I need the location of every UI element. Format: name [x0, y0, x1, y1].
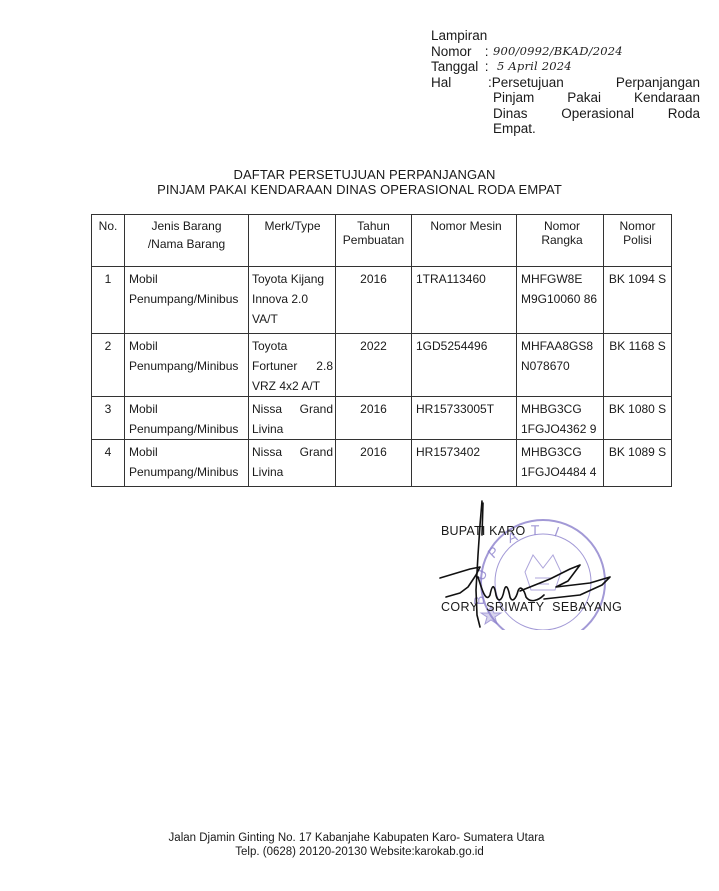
table-row: 4 MobilPenumpang/Minibus Nissa GrandLivi… [92, 440, 672, 487]
nomor-value: 900/0992/BKAD/2024 [493, 44, 623, 60]
title-line-2: PINJAM PAKAI KENDARAAN DINAS OPERASIONAL… [0, 183, 719, 198]
header-tahun-pembuatan: Tahun Pembuatan [336, 215, 412, 267]
header-jenis-barang: Jenis Barang /Nama Barang [125, 215, 249, 267]
table-row: 1 MobilPenumpang/Minibus Toyota KijangIn… [92, 267, 672, 334]
letter-header: Lampiran Nomor : 900/0992/BKAD/2024 Tang… [431, 28, 700, 137]
hal-text: :Persetujuan Perpanjangan Pinjam Pakai K… [488, 75, 700, 137]
letter-footer: Jalan Djamin Ginting No. 17 Kabanjahe Ka… [0, 832, 719, 859]
header-nomor-mesin: Nomor Mesin [412, 215, 517, 267]
table-row: 3 MobilPenumpang/Minibus Nissa GrandLivi… [92, 397, 672, 440]
header-nomor-polisi: Nomor Polisi [604, 215, 672, 267]
header-merk-type: Merk/Type [249, 215, 336, 267]
signatory-name: CORY SRIWATY SEBAYANG [441, 600, 622, 614]
document-title: DAFTAR PERSETUJUAN PERPANJANGAN PINJAM P… [0, 168, 719, 197]
lampiran-label: Lampiran [431, 28, 481, 44]
footer-address: Jalan Djamin Ginting No. 17 Kabanjahe Ka… [0, 832, 719, 846]
vehicle-table: No. Jenis Barang /Nama Barang Merk/Type … [91, 214, 672, 487]
title-line-1: DAFTAR PERSETUJUAN PERPANJANGAN [0, 168, 719, 183]
table-row: 2 MobilPenumpang/Minibus ToyotaFortuner … [92, 334, 672, 397]
footer-contact: Telp. (0628) 20120-20130 Website:karokab… [235, 846, 483, 858]
nomor-label: Nomor [431, 44, 481, 60]
tanggal-value: 5 April 2024 [497, 59, 572, 75]
tanggal-label: Tanggal [431, 59, 481, 75]
header-no: No. [92, 215, 125, 267]
header-nomor-rangka: Nomor Rangka [517, 215, 604, 267]
hal-label: Hal [431, 75, 481, 137]
table-header-row: No. Jenis Barang /Nama Barang Merk/Type … [92, 215, 672, 267]
signature-icon [420, 495, 620, 635]
